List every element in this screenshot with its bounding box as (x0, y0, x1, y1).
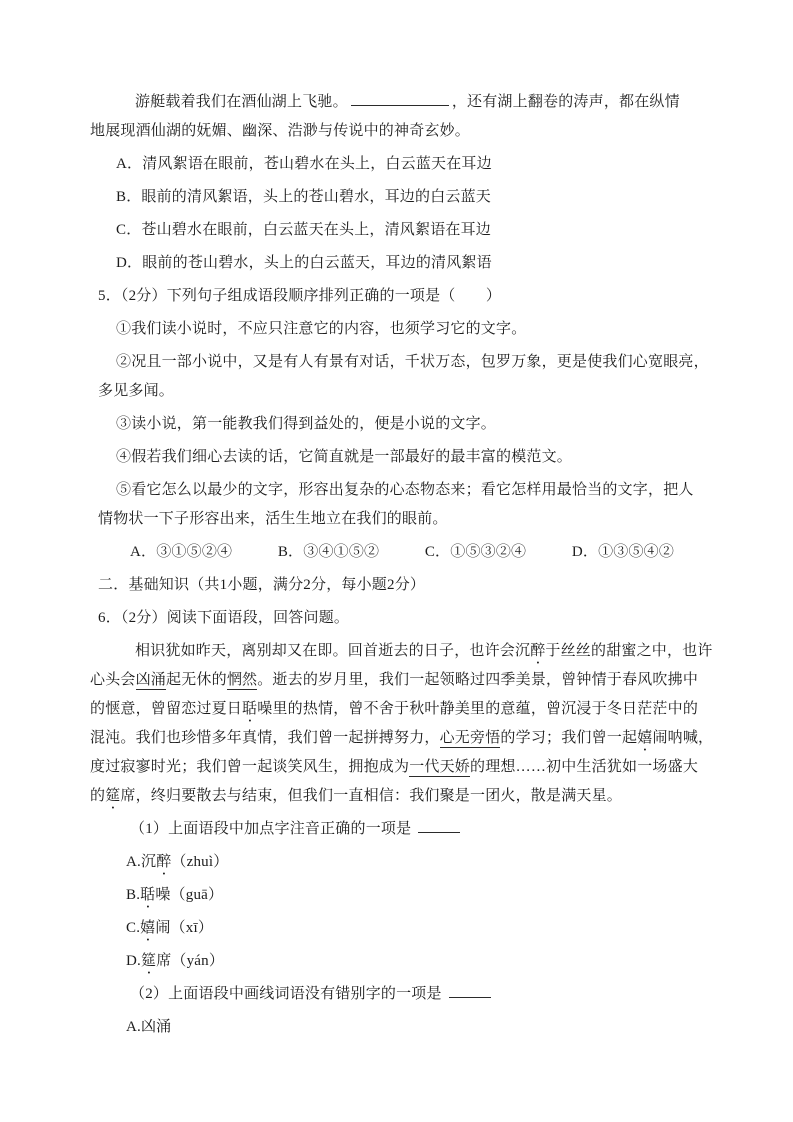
answer-blank (449, 982, 491, 998)
text-segment: 的理想……初中生活犹如一场盛大 (470, 759, 698, 775)
q5-sentence-4: ④假若我们细心去读的话，它简直就是一部最好的最丰富的模范文。 (90, 443, 703, 472)
text-segment: 闹呐喊， (652, 730, 713, 746)
q6-sub2-stem: （2）上面语段中画线词语没有错别字的一项是 (90, 980, 703, 1009)
q6-passage: 相识犹如昨天，离别却又在即。回首逝去的日子，也许会沉醉于丝丝的甜蜜之中，也许心头… (90, 637, 703, 811)
document-line: A.凶涌 (126, 1013, 703, 1042)
document-line: ④假若我们细心去读的话，它简直就是一部最好的最丰富的模范文。 (116, 443, 703, 472)
answer-blank (351, 90, 449, 106)
text-segment: B. (126, 887, 140, 903)
text-segment: 席（yán） (156, 953, 224, 969)
document-line: B．眼前的清风絮语，头上的苍山碧水，耳边的白云蓝天 (116, 183, 703, 212)
text-segment: （2）上面语段中画线词语没有错别字的一项是 (130, 986, 446, 1002)
section-2-header: 二．基础知识（共1小题，满分2分，每小题2分） (90, 571, 703, 600)
document-line: ⑤看它怎么以最少的文字，形容出复杂的心态物态来；看它怎样用最恰当的文字，把人 (116, 476, 703, 505)
q6-sub1-stem: （1）上面语段中加点字注音正确的一项是 (90, 815, 703, 844)
document-line: 情物状一下子形容出来，活生生地立在我们的眼前。 (98, 505, 703, 534)
text-segment: （zhuì） (171, 854, 228, 870)
document-line: （1）上面语段中加点字注音正确的一项是 (130, 815, 703, 844)
text-segment: 5．（2分）下列句子组成语段顺序排列正确的一项是（ ） (98, 288, 501, 304)
text-segment: ④假若我们细心去读的话，它简直就是一部最好的最丰富的模范文。 (116, 449, 572, 465)
text-segment: 心头会 (90, 672, 136, 688)
document-line: A．③①⑤②④ B．③④①⑤② C．①⑤③②④ D．①③⑤④② (130, 538, 703, 567)
emphasized-char: 醉 (156, 848, 171, 877)
text-segment: A．清风絮语在眼前，苍山碧水在头上，白云蓝天在耳边 (116, 156, 492, 172)
q6-sub2-option-a: A.凶涌 (90, 1013, 703, 1042)
emphasized-char: 嬉 (637, 724, 652, 753)
q6-sub1-option-a: A.沉醉（zhuì） (90, 848, 703, 877)
q5-sentence-2: ②况且一部小说中，又是有人有景有对话，千状万态，包罗万象，更是使我们心宽眼亮，多… (90, 348, 703, 406)
document-line: ②况且一部小说中，又是有人有景有对话，千状万态，包罗万象，更是使我们心宽眼亮， (116, 348, 703, 377)
q5-answer-options: A．③①⑤②④ B．③④①⑤② C．①⑤③②④ D．①③⑤④② (90, 538, 703, 567)
q4-option-d: D．眼前的苍山碧水，头上的白云蓝天，耳边的清风絮语 (90, 249, 703, 278)
text-segment: 二．基础知识（共1小题，满分2分，每小题2分） (98, 577, 425, 593)
text-segment: 的学习；我们曾一起 (500, 730, 637, 746)
text-segment: ②况且一部小说中，又是有人有景有对话，千状万态，包罗万象，更是使我们心宽眼亮， (116, 354, 709, 370)
text-segment: C. (126, 920, 140, 936)
q4-option-a: A．清风絮语在眼前，苍山碧水在头上，白云蓝天在耳边 (90, 150, 703, 179)
document-line: 相识犹如昨天，离别却又在即。回首逝去的日子，也许会沉醉于丝丝的甜蜜之中，也许 (135, 637, 703, 666)
document-line: C.嬉闹（xī） (126, 914, 703, 943)
underlined-phrase: 心无旁悟 (440, 730, 501, 748)
document-line: B.聒噪（guā） (126, 881, 703, 910)
document-page: 游艇载着我们在酒仙湖上飞驰。，还有湖上翻卷的涛声，都在纵情地展现酒仙湖的妩媚、幽… (0, 0, 793, 1122)
document-line: 混沌。我们也珍惜多年真情，我们曾一起拼搏努力，心无旁悟的学习；我们曾一起嬉闹呐喊… (90, 724, 703, 753)
text-segment: 混沌。我们也珍惜多年真情，我们曾一起拼搏努力， (90, 730, 440, 746)
emphasized-char: 筵 (105, 782, 120, 811)
text-segment: A.沉 (126, 854, 156, 870)
emphasized-char: 醉 (530, 637, 545, 666)
q6-stem: 6．（2分）阅读下面语段，回答问题。 (90, 604, 703, 633)
text-segment: D．眼前的苍山碧水，头上的白云蓝天，耳边的清风絮语 (116, 255, 492, 271)
document-line: 游艇载着我们在酒仙湖上飞驰。，还有湖上翻卷的涛声，都在纵情 (135, 88, 703, 117)
q6-sub1-option-d: D.筵席（yán） (90, 947, 703, 976)
text-segment: 的惬意，曾留恋过夏日 (90, 701, 242, 717)
text-segment: 的 (90, 788, 105, 804)
q5-sentence-3: ③读小说，第一能教我们得到益处的，便是小说的文字。 (90, 410, 703, 439)
text-segment: D. (126, 953, 141, 969)
document-line: ③读小说，第一能教我们得到益处的，便是小说的文字。 (116, 410, 703, 439)
text-segment: 闹（xī） (155, 920, 213, 936)
text-segment: A.凶涌 (126, 1019, 171, 1035)
text-segment: 6．（2分）阅读下面语段，回答问题。 (98, 610, 349, 626)
document-line: A.沉醉（zhuì） (126, 848, 703, 877)
text-segment: 地展现酒仙湖的妩媚、幽深、浩渺与传说中的神奇玄妙。 (90, 123, 470, 139)
document-line: 地展现酒仙湖的妩媚、幽深、浩渺与传说中的神奇玄妙。 (90, 117, 703, 146)
document-line: 多见多闻。 (98, 377, 703, 406)
document-line: 5．（2分）下列句子组成语段顺序排列正确的一项是（ ） (98, 282, 703, 311)
q6-sub1-option-c: C.嬉闹（xī） (90, 914, 703, 943)
text-segment: 情物状一下子形容出来，活生生地立在我们的眼前。 (98, 511, 448, 527)
document-line: 二．基础知识（共1小题，满分2分，每小题2分） (98, 571, 703, 600)
document-line: 心头会凶涌起无休的惘然。逝去的岁月里，我们一起领略过四季美景，曾钟情于春风吹拂中 (90, 666, 703, 695)
emphasized-char: 筵 (141, 947, 156, 976)
emphasized-char: 嬉 (140, 914, 155, 943)
text-segment: ③读小说，第一能教我们得到益处的，便是小说的文字。 (116, 416, 496, 432)
document-line: C．苍山碧水在眼前，白云蓝天在头上，清风絮语在耳边 (116, 216, 703, 245)
q4-option-c: C．苍山碧水在眼前，白云蓝天在头上，清风絮语在耳边 (90, 216, 703, 245)
document-line: （2）上面语段中画线词语没有错别字的一项是 (130, 980, 703, 1009)
text-segment: C．苍山碧水在眼前，白云蓝天在头上，清风絮语在耳边 (116, 222, 491, 238)
document-line: 的惬意，曾留恋过夏日聒噪里的热情，曾不舍于秋叶静美里的意蕴，曾沉浸于冬日茫茫中的 (90, 695, 703, 724)
text-segment: ①我们读小说时，不应只注意它的内容，也须学习它的文字。 (116, 321, 526, 337)
q4-passage: 游艇载着我们在酒仙湖上飞驰。，还有湖上翻卷的涛声，都在纵情地展现酒仙湖的妩媚、幽… (90, 88, 703, 146)
document-line: 度过寂寥时光；我们曾一起谈笑风生，拥抱成为一代天娇的理想……初中生活犹如一场盛大 (90, 753, 703, 782)
q5-sentence-1: ①我们读小说时，不应只注意它的内容，也须学习它的文字。 (90, 315, 703, 344)
document-line: D.筵席（yán） (126, 947, 703, 976)
q5-stem: 5．（2分）下列句子组成语段顺序排列正确的一项是（ ） (90, 282, 703, 311)
text-segment: 于丝丝的甜蜜之中，也许 (545, 643, 712, 659)
q5-sentence-5: ⑤看它怎么以最少的文字，形容出复杂的心态物态来；看它怎样用最恰当的文字，把人情物… (90, 476, 703, 534)
document-line: ①我们读小说时，不应只注意它的内容，也须学习它的文字。 (116, 315, 703, 344)
text-segment: 相识犹如昨天，离别却又在即。回首逝去的日子，也许会沉 (135, 643, 530, 659)
text-segment: （1）上面语段中加点字注音正确的一项是 (130, 821, 415, 837)
text-segment: B．眼前的清风絮语，头上的苍山碧水，耳边的白云蓝天 (116, 189, 491, 205)
text-segment: 起无休的 (166, 672, 227, 688)
underlined-phrase: 惘然 (227, 672, 257, 690)
text-segment: 噪里的热情，曾不舍于秋叶静美里的意蕴，曾沉浸于冬日茫茫中的 (257, 701, 698, 717)
document-line: D．眼前的苍山碧水，头上的白云蓝天，耳边的清风絮语 (116, 249, 703, 278)
underlined-phrase: 一代天娇 (409, 759, 470, 777)
text-segment: 多见多闻。 (98, 383, 174, 399)
emphasized-char: 聒 (242, 695, 257, 724)
text-segment: A．③①⑤②④ B．③④①⑤② C．①⑤③②④ D．①③⑤④② (130, 544, 674, 560)
text-segment: 席，终归要散去与结束，但我们一直相信：我们聚是一团火，散是满天星。 (120, 788, 622, 804)
text-segment: 。逝去的岁月里，我们一起领略过四季美景，曾钟情于春风吹拂中 (257, 672, 698, 688)
text-segment: 噪（guā） (155, 887, 223, 903)
text-segment: 度过寂寥时光；我们曾一起谈笑风生，拥抱成为 (90, 759, 409, 775)
document-line: 的筵席，终归要散去与结束，但我们一直相信：我们聚是一团火，散是满天星。 (90, 782, 703, 811)
answer-blank (418, 817, 460, 833)
q6-sub1-option-b: B.聒噪（guā） (90, 881, 703, 910)
document-line: 6．（2分）阅读下面语段，回答问题。 (98, 604, 703, 633)
text-segment: ⑤看它怎么以最少的文字，形容出复杂的心态物态来；看它怎样用最恰当的文字，把人 (116, 482, 694, 498)
underlined-phrase: 凶涌 (136, 672, 166, 690)
q4-option-b: B．眼前的清风絮语，头上的苍山碧水，耳边的白云蓝天 (90, 183, 703, 212)
text-segment: ，还有湖上翻卷的涛声，都在纵情 (452, 94, 680, 110)
text-segment: 游艇载着我们在酒仙湖上飞驰。 (135, 94, 348, 110)
emphasized-char: 聒 (140, 881, 155, 910)
document-line: A．清风絮语在眼前，苍山碧水在头上，白云蓝天在耳边 (116, 150, 703, 179)
